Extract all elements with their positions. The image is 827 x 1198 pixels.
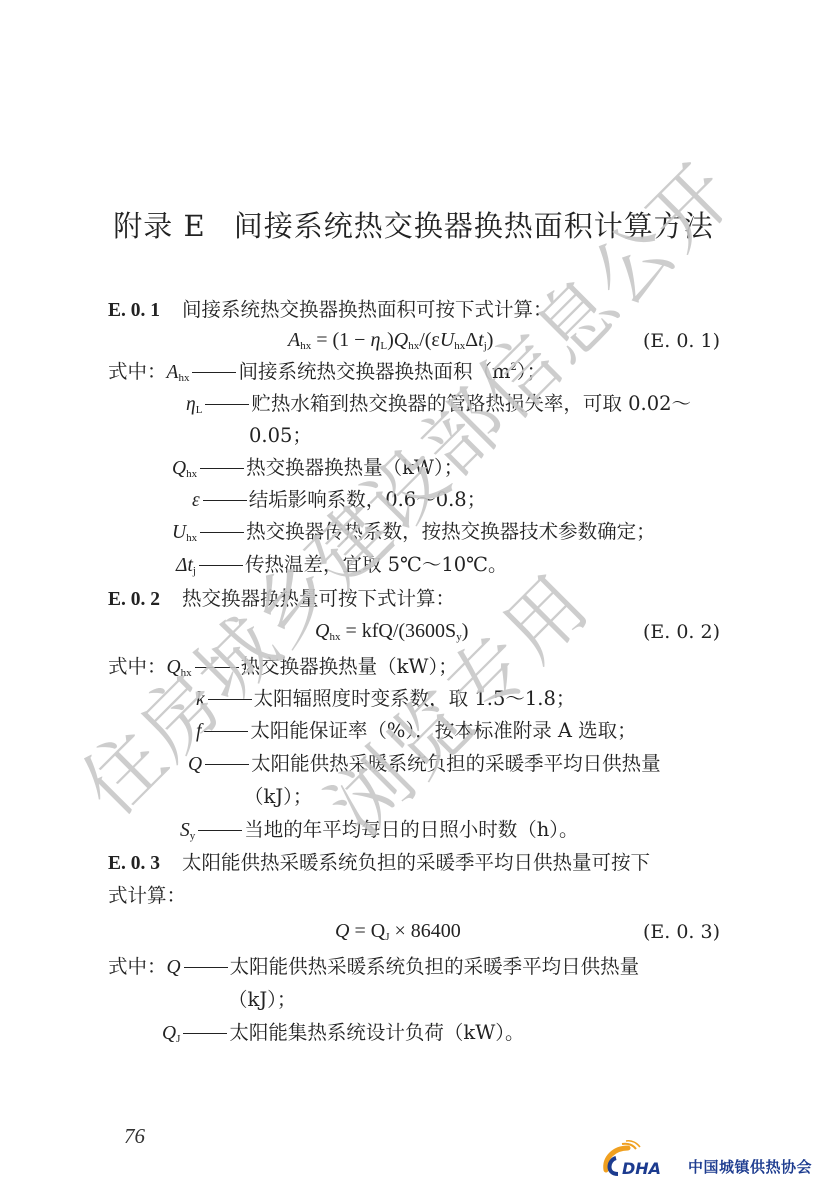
clause-number: E. 0. 1 <box>108 300 160 321</box>
term-row-continuation: （kJ）； <box>244 787 312 807</box>
org-name: 中国城镇供热协会 <box>688 1156 812 1177</box>
cdha-logo: DHA 中国城镇供热协会 <box>600 1140 820 1180</box>
term-row: Qhx热交换器换热量（kW）； <box>172 458 463 480</box>
appendix-label: 附录 E <box>113 209 205 243</box>
em-dash <box>203 500 247 501</box>
term-row-continuation: 0.05； <box>249 426 312 446</box>
clause-e02: E. 0. 2热交换器换热量可按下式计算： <box>108 589 455 610</box>
document-page: 附录 E间接系统热交换器换热面积计算方法 E. 0. 1间接系统热交换器换热面积… <box>0 0 827 1198</box>
clause-intro: 热交换器换热量可按下式计算： <box>182 587 455 610</box>
em-dash <box>192 372 236 373</box>
em-dash <box>195 667 239 668</box>
formula-e01: Ahx = (1 − ηL)Qhx/(εUhxΔtj) <box>288 330 493 352</box>
term-row: 式中：Ahx间接系统热交换器换热面积（m2）； <box>108 362 546 384</box>
clause-e03: E. 0. 3太阳能供热采暖系统负担的采暖季平均日供热量可按下 <box>108 853 650 874</box>
clause-number: E. 0. 3 <box>108 853 160 874</box>
term-row: QJ太阳能集热系统设计负荷（kW）。 <box>162 1023 524 1045</box>
equation-number: (E. 0. 1) <box>643 332 720 351</box>
formula-e02: Qhx = kfQ/(3600Sy) <box>315 621 468 643</box>
term-row: Δtj传热温差，宜取 5℃～10℃。 <box>176 555 507 577</box>
term-row-continuation: （kJ）； <box>228 990 296 1010</box>
term-row: Uhx热交换器传热系数，按热交换器技术参数确定； <box>172 522 656 544</box>
em-dash <box>200 468 244 469</box>
term-row: ηL贮热水箱到热交换器的管路热损失率，可取 0.02～ <box>186 394 691 416</box>
term-row: 式中：Q太阳能供热采暖系统负担的采暖季平均日供热量 <box>108 957 639 978</box>
cdha-logo-icon: DHA <box>600 1140 686 1180</box>
clause-e01: E. 0. 1间接系统热交换器换热面积可按下式计算： <box>108 300 553 321</box>
em-dash <box>198 830 242 831</box>
formula-e03: Q = QJ × 86400 <box>335 921 461 943</box>
term-row: Q太阳能供热采暖系统负担的采暖季平均日供热量 <box>188 754 661 775</box>
clause-intro-continuation: 式计算： <box>108 886 186 906</box>
appendix-title: 附录 E间接系统热交换器换热面积计算方法 <box>0 204 827 245</box>
equation-number: (E. 0. 2) <box>643 623 720 642</box>
equation-number: (E. 0. 3) <box>643 923 720 942</box>
term-row: k太阳辐照度时变系数，取 1.5～1.8； <box>196 689 575 710</box>
em-dash <box>199 565 243 566</box>
em-dash <box>184 967 228 968</box>
clause-intro: 太阳能供热采暖系统负担的采暖季平均日供热量可按下 <box>182 851 650 874</box>
em-dash <box>204 731 248 732</box>
clause-number: E. 0. 2 <box>108 589 160 610</box>
term-row: ε结垢影响系数，0.6～0.8； <box>192 490 486 511</box>
em-dash <box>205 764 249 765</box>
svg-text:DHA: DHA <box>622 1159 661 1178</box>
clause-intro: 间接系统热交换器换热面积可按下式计算： <box>182 298 553 321</box>
em-dash <box>200 532 244 533</box>
term-row: f太阳能保证率（%），按本标准附录 A 选取； <box>196 721 637 742</box>
term-row: Sy当地的年平均每日的日照小时数（h）。 <box>180 820 579 842</box>
em-dash <box>208 699 252 700</box>
appendix-title-text: 间接系统热交换器换热面积计算方法 <box>234 209 714 243</box>
term-row: 式中：Qhx热交换器换热量（kW）； <box>108 657 458 679</box>
page-number: 76 <box>124 1124 145 1149</box>
em-dash <box>183 1033 227 1034</box>
em-dash <box>205 404 249 405</box>
